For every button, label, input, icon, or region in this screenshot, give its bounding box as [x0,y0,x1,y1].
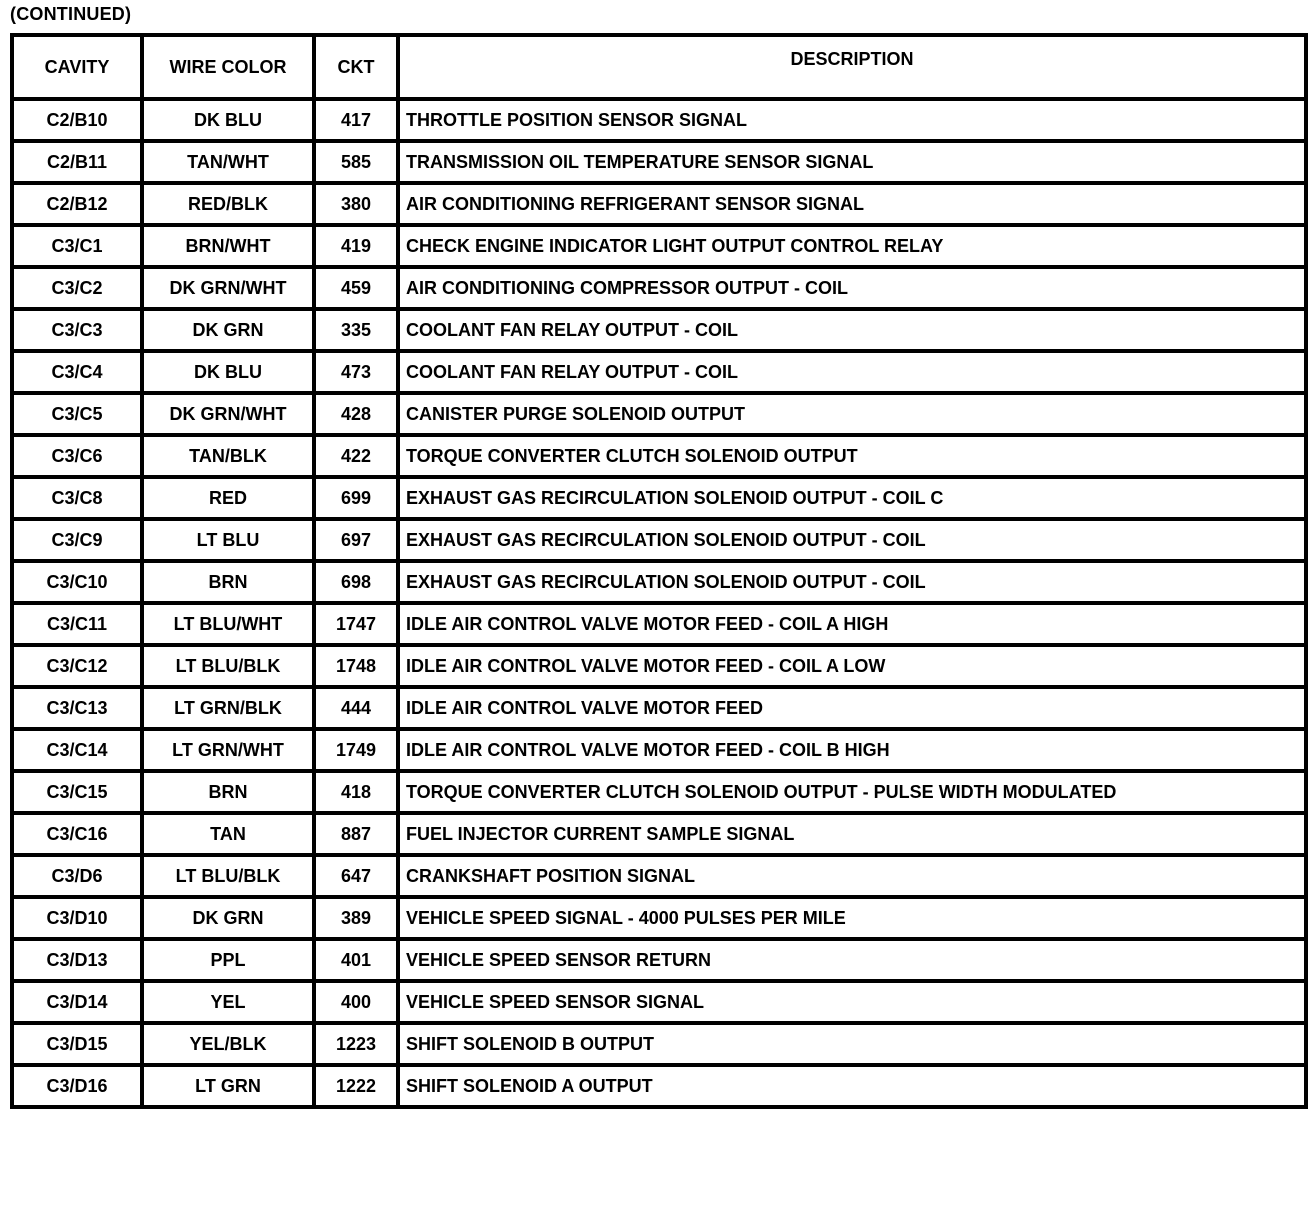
table-row: C3/C3DK GRN335COOLANT FAN RELAY OUTPUT -… [12,309,1306,351]
description-cell: CANISTER PURGE SOLENOID OUTPUT [398,393,1306,435]
description-cell: FUEL INJECTOR CURRENT SAMPLE SIGNAL [398,813,1306,855]
cavity-cell: C3/C8 [12,477,142,519]
description-cell: COOLANT FAN RELAY OUTPUT - COIL [398,351,1306,393]
ckt-cell: 585 [314,141,398,183]
table-row: C3/D13PPL401VEHICLE SPEED SENSOR RETURN [12,939,1306,981]
cavity-cell: C3/C10 [12,561,142,603]
wire-color-cell: BRN [142,771,314,813]
ckt-cell: 418 [314,771,398,813]
cavity-cell: C3/D13 [12,939,142,981]
description-cell: VEHICLE SPEED SENSOR SIGNAL [398,981,1306,1023]
description-cell: COOLANT FAN RELAY OUTPUT - COIL [398,309,1306,351]
wire-color-cell: LT GRN/WHT [142,729,314,771]
description-cell: EXHAUST GAS RECIRCULATION SOLENOID OUTPU… [398,519,1306,561]
ckt-cell: 1747 [314,603,398,645]
table-row: C3/C4DK BLU473COOLANT FAN RELAY OUTPUT -… [12,351,1306,393]
wire-color-cell: DK GRN [142,309,314,351]
ckt-cell: 444 [314,687,398,729]
cavity-cell: C3/C6 [12,435,142,477]
description-cell: CHECK ENGINE INDICATOR LIGHT OUTPUT CONT… [398,225,1306,267]
ckt-cell: 422 [314,435,398,477]
cavity-cell: C3/C4 [12,351,142,393]
wire-color-cell: RED [142,477,314,519]
cavity-cell: C3/C13 [12,687,142,729]
cavity-cell: C3/C14 [12,729,142,771]
table-row: C3/C13LT GRN/BLK444IDLE AIR CONTROL VALV… [12,687,1306,729]
wire-color-cell: BRN [142,561,314,603]
ckt-cell: 699 [314,477,398,519]
table-row: C2/B12RED/BLK380AIR CONDITIONING REFRIGE… [12,183,1306,225]
cavity-cell: C3/C15 [12,771,142,813]
ckt-cell: 389 [314,897,398,939]
table-row: C3/C2DK GRN/WHT459AIR CONDITIONING COMPR… [12,267,1306,309]
description-cell: SHIFT SOLENOID B OUTPUT [398,1023,1306,1065]
wire-color-cell: BRN/WHT [142,225,314,267]
wire-color-cell: LT GRN/BLK [142,687,314,729]
description-cell: AIR CONDITIONING REFRIGERANT SENSOR SIGN… [398,183,1306,225]
wire-color-cell: TAN/WHT [142,141,314,183]
description-cell: SHIFT SOLENOID A OUTPUT [398,1065,1306,1107]
table-row: C3/D6LT BLU/BLK647CRANKSHAFT POSITION SI… [12,855,1306,897]
ckt-cell: 887 [314,813,398,855]
wire-color-cell: RED/BLK [142,183,314,225]
ckt-cell: 335 [314,309,398,351]
table-row: C3/C6TAN/BLK422TORQUE CONVERTER CLUTCH S… [12,435,1306,477]
ckt-cell: 401 [314,939,398,981]
cavity-cell: C3/C2 [12,267,142,309]
ckt-cell: 1748 [314,645,398,687]
ckt-cell: 698 [314,561,398,603]
cavity-cell: C3/D14 [12,981,142,1023]
cavity-cell: C2/B11 [12,141,142,183]
table-body: C2/B10DK BLU417THROTTLE POSITION SENSOR … [12,99,1306,1107]
column-header-cavity: CAVITY [12,35,142,99]
cavity-cell: C3/C12 [12,645,142,687]
description-cell: CRANKSHAFT POSITION SIGNAL [398,855,1306,897]
column-header-ckt: CKT [314,35,398,99]
description-cell: TORQUE CONVERTER CLUTCH SOLENOID OUTPUT … [398,771,1306,813]
connector-pinout-table: CAVITY WIRE COLOR CKT DESCRIPTION C2/B10… [10,33,1308,1109]
description-cell: IDLE AIR CONTROL VALVE MOTOR FEED - COIL… [398,645,1306,687]
description-cell: EXHAUST GAS RECIRCULATION SOLENOID OUTPU… [398,477,1306,519]
wire-color-cell: LT BLU [142,519,314,561]
wire-color-cell: DK BLU [142,99,314,141]
wire-color-cell: LT GRN [142,1065,314,1107]
table-row: C3/C10BRN698EXHAUST GAS RECIRCULATION SO… [12,561,1306,603]
column-header-wire-color: WIRE COLOR [142,35,314,99]
description-cell: IDLE AIR CONTROL VALVE MOTOR FEED [398,687,1306,729]
description-cell: IDLE AIR CONTROL VALVE MOTOR FEED - COIL… [398,729,1306,771]
ckt-cell: 380 [314,183,398,225]
table-row: C3/D10DK GRN389VEHICLE SPEED SIGNAL - 40… [12,897,1306,939]
ckt-cell: 473 [314,351,398,393]
ckt-cell: 428 [314,393,398,435]
description-cell: IDLE AIR CONTROL VALVE MOTOR FEED - COIL… [398,603,1306,645]
description-cell: TORQUE CONVERTER CLUTCH SOLENOID OUTPUT [398,435,1306,477]
table-header-row: CAVITY WIRE COLOR CKT DESCRIPTION [12,35,1306,99]
cavity-cell: C3/C3 [12,309,142,351]
wire-color-cell: PPL [142,939,314,981]
cavity-cell: C3/D15 [12,1023,142,1065]
cavity-cell: C3/D10 [12,897,142,939]
table-row: C3/C11LT BLU/WHT1747IDLE AIR CONTROL VAL… [12,603,1306,645]
table-row: C3/C9LT BLU697EXHAUST GAS RECIRCULATION … [12,519,1306,561]
wire-color-cell: LT BLU/WHT [142,603,314,645]
wire-color-cell: DK GRN [142,897,314,939]
ckt-cell: 459 [314,267,398,309]
cavity-cell: C3/C11 [12,603,142,645]
cavity-cell: C2/B12 [12,183,142,225]
continued-label: (CONTINUED) [10,4,131,25]
ckt-cell: 419 [314,225,398,267]
cavity-cell: C3/C9 [12,519,142,561]
table-row: C3/C16TAN887FUEL INJECTOR CURRENT SAMPLE… [12,813,1306,855]
table-row: C3/C12LT BLU/BLK1748IDLE AIR CONTROL VAL… [12,645,1306,687]
table-row: C3/C8RED699EXHAUST GAS RECIRCULATION SOL… [12,477,1306,519]
table-row: C3/C15BRN418TORQUE CONVERTER CLUTCH SOLE… [12,771,1306,813]
ckt-cell: 1223 [314,1023,398,1065]
table-row: C3/C14LT GRN/WHT1749IDLE AIR CONTROL VAL… [12,729,1306,771]
wire-color-cell: LT BLU/BLK [142,855,314,897]
description-cell: TRANSMISSION OIL TEMPERATURE SENSOR SIGN… [398,141,1306,183]
table-row: C2/B11TAN/WHT585TRANSMISSION OIL TEMPERA… [12,141,1306,183]
description-cell: VEHICLE SPEED SENSOR RETURN [398,939,1306,981]
wire-color-cell: YEL/BLK [142,1023,314,1065]
table-row: C2/B10DK BLU417THROTTLE POSITION SENSOR … [12,99,1306,141]
wire-color-cell: DK GRN/WHT [142,393,314,435]
cavity-cell: C3/D16 [12,1065,142,1107]
table-row: C3/C1BRN/WHT419CHECK ENGINE INDICATOR LI… [12,225,1306,267]
wire-color-cell: TAN [142,813,314,855]
description-cell: THROTTLE POSITION SENSOR SIGNAL [398,99,1306,141]
ckt-cell: 647 [314,855,398,897]
wire-color-cell: DK GRN/WHT [142,267,314,309]
description-cell: AIR CONDITIONING COMPRESSOR OUTPUT - COI… [398,267,1306,309]
cavity-cell: C2/B10 [12,99,142,141]
table-row: C3/C5DK GRN/WHT428CANISTER PURGE SOLENOI… [12,393,1306,435]
description-cell: EXHAUST GAS RECIRCULATION SOLENOID OUTPU… [398,561,1306,603]
cavity-cell: C3/C16 [12,813,142,855]
cavity-cell: C3/C5 [12,393,142,435]
ckt-cell: 1749 [314,729,398,771]
wire-color-cell: TAN/BLK [142,435,314,477]
table-row: C3/D16LT GRN1222SHIFT SOLENOID A OUTPUT [12,1065,1306,1107]
wire-color-cell: LT BLU/BLK [142,645,314,687]
description-cell: VEHICLE SPEED SIGNAL - 4000 PULSES PER M… [398,897,1306,939]
table-row: C3/D14YEL400VEHICLE SPEED SENSOR SIGNAL [12,981,1306,1023]
column-header-description: DESCRIPTION [398,35,1306,99]
ckt-cell: 400 [314,981,398,1023]
wire-color-cell: DK BLU [142,351,314,393]
ckt-cell: 417 [314,99,398,141]
ckt-cell: 1222 [314,1065,398,1107]
wire-color-cell: YEL [142,981,314,1023]
cavity-cell: C3/D6 [12,855,142,897]
cavity-cell: C3/C1 [12,225,142,267]
ckt-cell: 697 [314,519,398,561]
table-row: C3/D15YEL/BLK1223SHIFT SOLENOID B OUTPUT [12,1023,1306,1065]
